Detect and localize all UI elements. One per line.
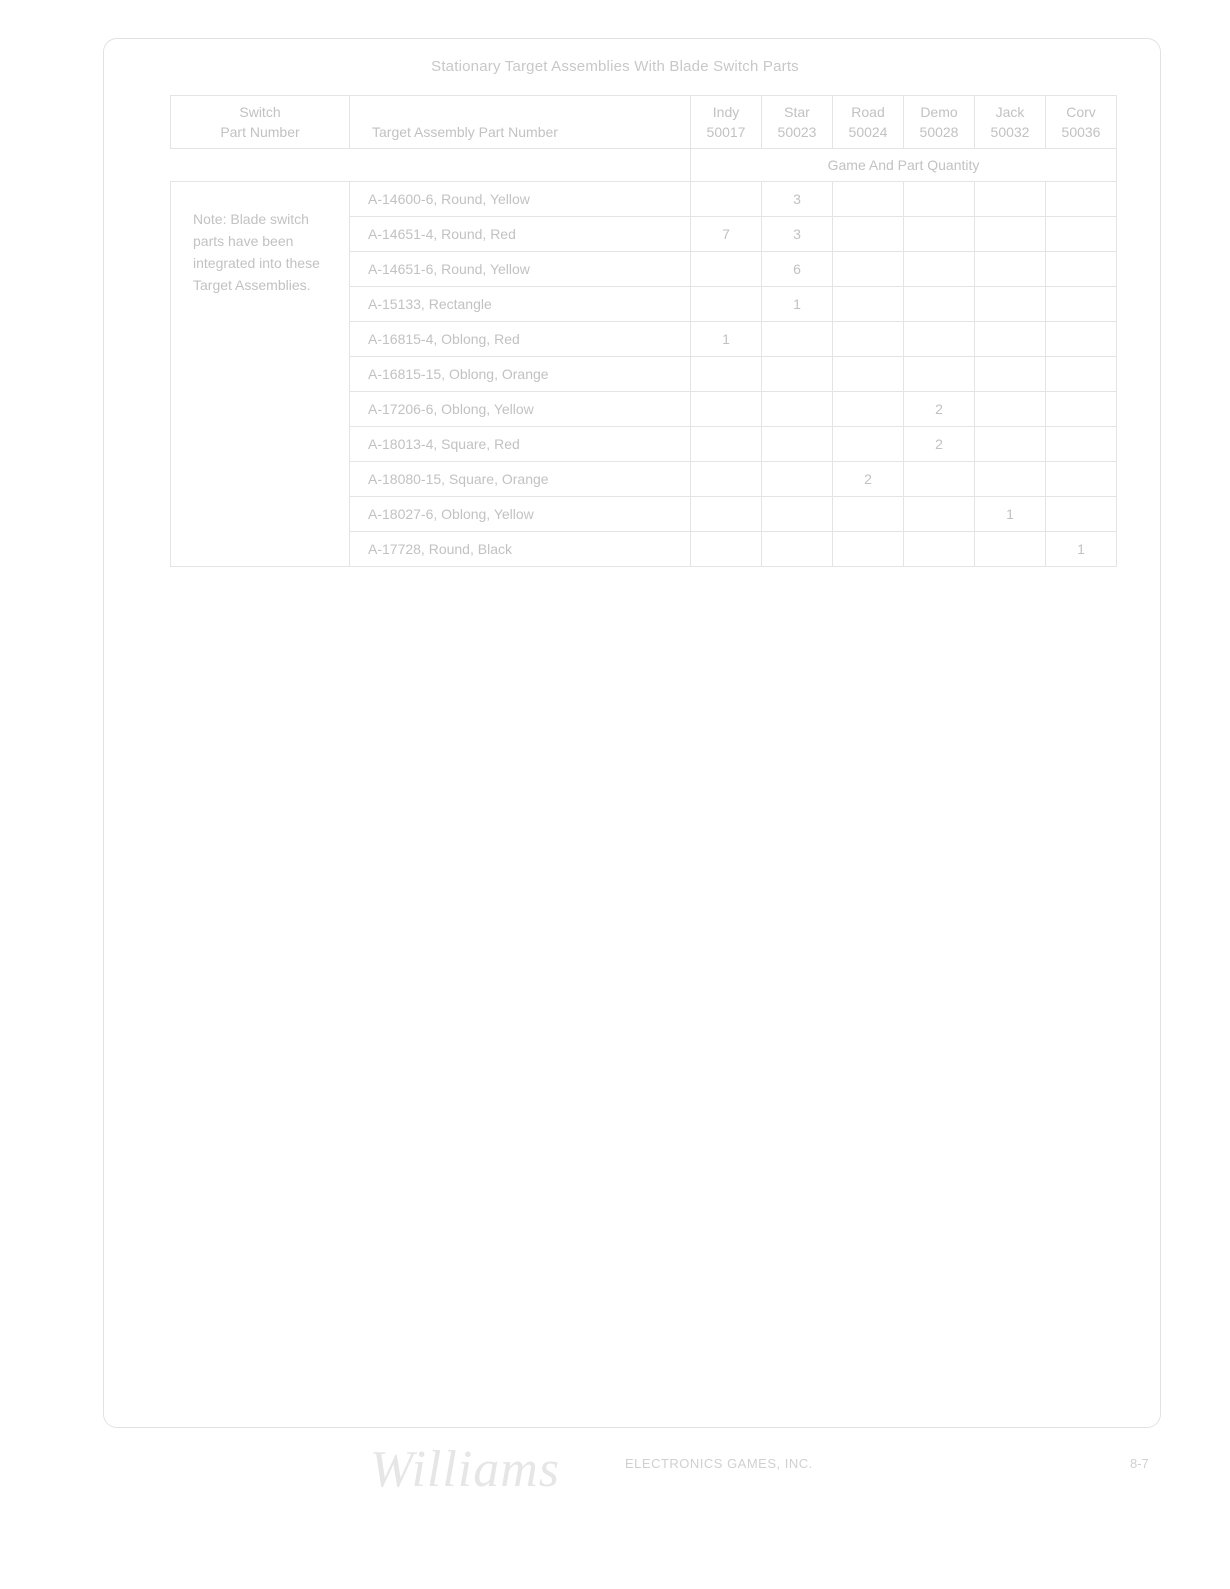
quantity-cell	[904, 252, 975, 287]
quantity-cell	[762, 322, 833, 357]
quantity-cell: 1	[762, 287, 833, 322]
quantity-cell	[904, 357, 975, 392]
header-game: Demo50028	[904, 96, 975, 149]
quantity-cell	[833, 427, 904, 462]
williams-logo: Williams	[370, 1440, 560, 1499]
target-assembly-cell: A-14651-6, Round, Yellow	[350, 252, 691, 287]
quantity-cell	[691, 357, 762, 392]
quantity-cell	[904, 217, 975, 252]
game-number: 50023	[762, 122, 832, 142]
game-number: 50024	[833, 122, 903, 142]
header-target-assembly: Target Assembly Part Number	[350, 96, 691, 149]
quantity-cell	[975, 427, 1046, 462]
quantity-cell	[1046, 287, 1117, 322]
quantity-cell: 2	[833, 462, 904, 497]
quantity-cell	[1046, 252, 1117, 287]
quantity-cell	[833, 357, 904, 392]
quantity-cell	[904, 497, 975, 532]
quantity-cell	[762, 427, 833, 462]
target-assembly-cell: A-17728, Round, Black	[350, 532, 691, 567]
quantity-cell: 3	[762, 182, 833, 217]
game-name: Jack	[975, 102, 1045, 122]
quantity-cell	[833, 322, 904, 357]
quantity-cell	[762, 462, 833, 497]
quantity-cell	[1046, 427, 1117, 462]
target-assembly-cell: A-14600-6, Round, Yellow	[350, 182, 691, 217]
quantity-cell	[762, 532, 833, 567]
game-name: Road	[833, 102, 903, 122]
quantity-cell	[691, 392, 762, 427]
quantity-cell: 3	[762, 217, 833, 252]
quantity-cell	[691, 182, 762, 217]
quantity-cell	[833, 252, 904, 287]
game-number: 50017	[691, 122, 761, 142]
game-number: 50032	[975, 122, 1045, 142]
quantity-cell	[975, 462, 1046, 497]
quantity-cell: 1	[1046, 532, 1117, 567]
header-game: Jack50032	[975, 96, 1046, 149]
target-assembly-cell: A-16815-4, Oblong, Red	[350, 322, 691, 357]
quantity-cell	[904, 182, 975, 217]
header-switch-line2: Part Number	[171, 122, 349, 142]
game-name: Demo	[904, 102, 974, 122]
quantity-cell	[904, 322, 975, 357]
quantity-cell	[975, 182, 1046, 217]
quantity-cell	[691, 252, 762, 287]
quantity-cell: 6	[762, 252, 833, 287]
quantity-cell	[904, 287, 975, 322]
quantity-cell	[833, 497, 904, 532]
target-assembly-cell: A-17206-6, Oblong, Yellow	[350, 392, 691, 427]
quantity-cell	[1046, 322, 1117, 357]
table-title: Stationary Target Assemblies With Blade …	[0, 58, 1230, 75]
quantity-cell	[1046, 357, 1117, 392]
quantity-cell: 2	[904, 427, 975, 462]
quantity-cell	[975, 287, 1046, 322]
quantity-cell	[1046, 217, 1117, 252]
quantity-cell	[762, 497, 833, 532]
game-number: 50028	[904, 122, 974, 142]
quantity-cell	[975, 532, 1046, 567]
quantity-cell	[1046, 462, 1117, 497]
game-part-quantity-label: Game And Part Quantity	[691, 149, 1117, 182]
quantity-cell: 1	[691, 322, 762, 357]
target-assemblies-table: Switch Part Number Target Assembly Part …	[170, 95, 1117, 567]
header-switch-line1: Switch	[171, 102, 349, 122]
quantity-cell	[691, 427, 762, 462]
game-name: Indy	[691, 102, 761, 122]
header-game: Star50023	[762, 96, 833, 149]
game-name: Star	[762, 102, 832, 122]
game-name: Corv	[1046, 102, 1116, 122]
table-row: Note: Blade switch parts have been integ…	[171, 182, 1117, 217]
quantity-cell	[691, 532, 762, 567]
quantity-cell	[762, 392, 833, 427]
quantity-cell	[904, 532, 975, 567]
header-game: Corv50036	[1046, 96, 1117, 149]
target-assembly-cell: A-16815-15, Oblong, Orange	[350, 357, 691, 392]
quantity-cell	[1046, 182, 1117, 217]
quantity-cell	[833, 217, 904, 252]
quantity-cell	[1046, 392, 1117, 427]
quantity-cell	[833, 532, 904, 567]
target-assembly-cell: A-18027-6, Oblong, Yellow	[350, 497, 691, 532]
quantity-cell: 7	[691, 217, 762, 252]
quantity-cell	[975, 392, 1046, 427]
quantity-cell	[975, 217, 1046, 252]
quantity-cell	[1046, 497, 1117, 532]
target-assembly-cell: A-18013-4, Square, Red	[350, 427, 691, 462]
quantity-cell: 2	[904, 392, 975, 427]
header-switch-part-number: Switch Part Number	[171, 96, 350, 149]
page-number: 8-7	[1130, 1456, 1149, 1471]
quantity-cell	[833, 392, 904, 427]
game-number: 50036	[1046, 122, 1116, 142]
quantity-cell	[762, 357, 833, 392]
quantity-cell	[691, 287, 762, 322]
header-game: Road50024	[833, 96, 904, 149]
quantity-cell	[833, 182, 904, 217]
header-row: Switch Part Number Target Assembly Part …	[171, 96, 1117, 149]
quantity-cell	[833, 287, 904, 322]
quantity-cell	[691, 462, 762, 497]
target-assembly-cell: A-18080-15, Square, Orange	[350, 462, 691, 497]
quantity-cell	[904, 462, 975, 497]
subheader-row: Game And Part Quantity	[171, 149, 1117, 182]
company-name: ELECTRONICS GAMES, INC.	[625, 1456, 813, 1471]
header-target-label: Target Assembly Part Number	[372, 102, 690, 142]
quantity-cell: 1	[975, 497, 1046, 532]
quantity-cell	[975, 252, 1046, 287]
integration-note: Note: Blade switch parts have been integ…	[171, 182, 350, 567]
quantity-cell	[691, 497, 762, 532]
quantity-cell	[975, 322, 1046, 357]
target-assembly-cell: A-14651-4, Round, Red	[350, 217, 691, 252]
quantity-cell	[975, 357, 1046, 392]
target-assembly-cell: A-15133, Rectangle	[350, 287, 691, 322]
header-game: Indy50017	[691, 96, 762, 149]
